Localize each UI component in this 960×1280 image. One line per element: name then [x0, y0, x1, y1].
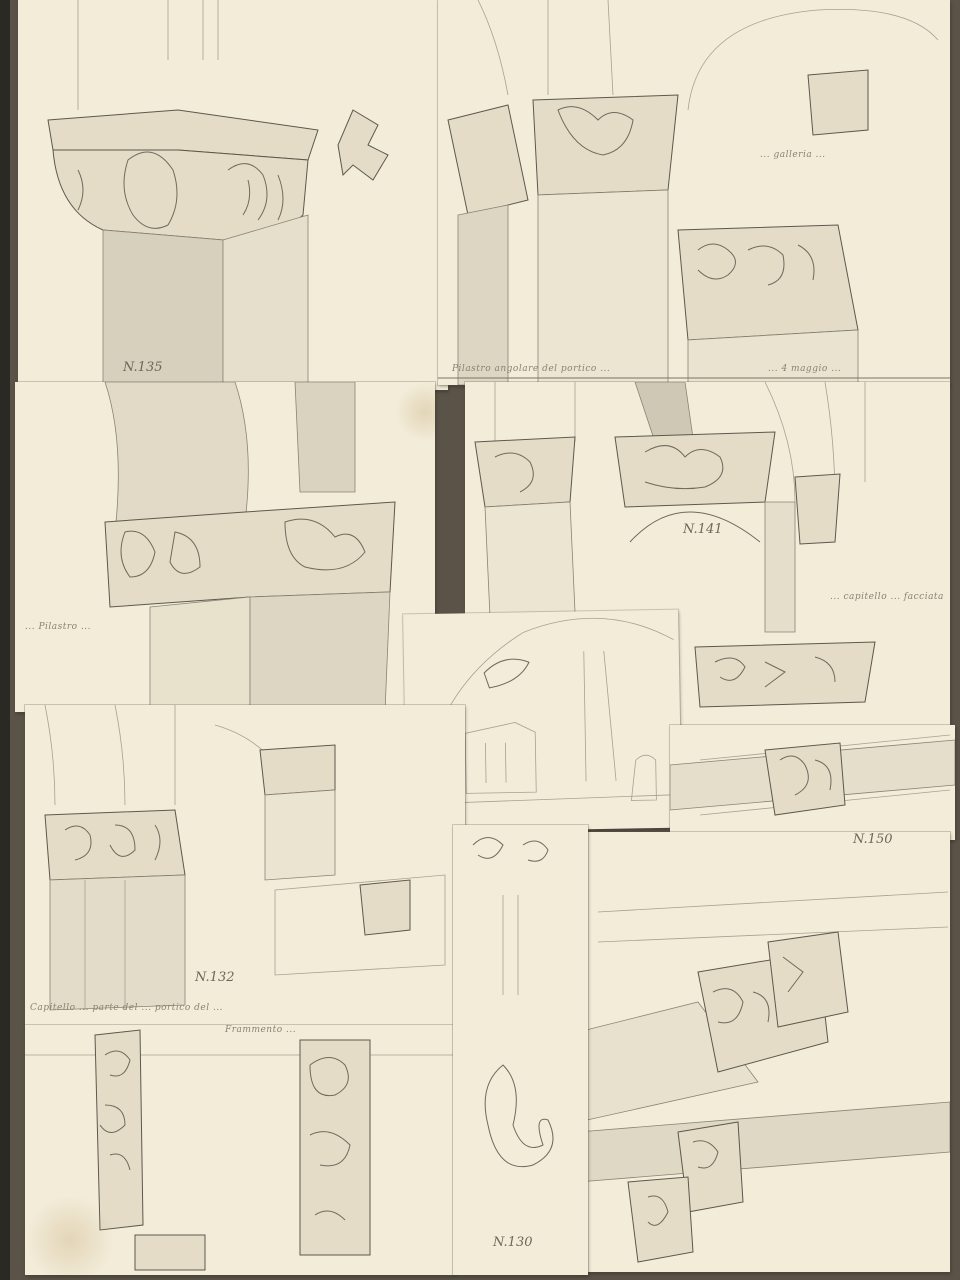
- stain: [25, 1195, 115, 1275]
- sheet-vertical-frieze: Frammento ...: [25, 1025, 455, 1275]
- scroll-ornament-drawing: [453, 825, 588, 1275]
- portico-capital-drawing: [438, 0, 950, 385]
- caption: ... capitello ... facciata: [830, 592, 944, 602]
- sheet-number: N.141: [683, 522, 723, 537]
- caption: Pilastro angolare del portico ...: [452, 364, 610, 374]
- sheet-scroll-ornament: N.130: [453, 825, 588, 1275]
- sheet-frieze: [670, 725, 955, 840]
- sheet-clustered-capitals: N.132 Capitello ... parte del ... portic…: [25, 705, 465, 1030]
- caption: ... 4 maggio ...: [768, 364, 841, 374]
- caption: ... Pilastro ...: [25, 622, 91, 632]
- sheet-eagle-capital: N.135: [18, 0, 448, 390]
- oblique-capitals-drawing: [578, 832, 950, 1272]
- collage-board: N.135 Pilastro angolare del portico ... …: [10, 0, 960, 1280]
- eagle-capital-drawing: [18, 0, 448, 390]
- sheet-number: N.130: [493, 1235, 533, 1250]
- sheet-lion-capital: ... Pilastro ...: [15, 382, 435, 712]
- sheet-number: N.135: [123, 360, 163, 375]
- lion-capital-drawing: [15, 382, 435, 712]
- caption: Frammento ...: [225, 1025, 296, 1035]
- caption: Capitello ... parte del ... portico del …: [30, 1003, 223, 1013]
- clustered-capitals-drawing: [25, 705, 465, 1030]
- frieze-drawing: [670, 725, 955, 840]
- caption: ... galleria ...: [760, 150, 826, 160]
- sheet-oblique-capitals: N.150: [578, 832, 950, 1272]
- sheet-number: N.132: [195, 970, 235, 985]
- sheet-portico-capital: Pilastro angolare del portico ... ... 4 …: [438, 0, 950, 385]
- sheet-number: N.150: [853, 832, 893, 847]
